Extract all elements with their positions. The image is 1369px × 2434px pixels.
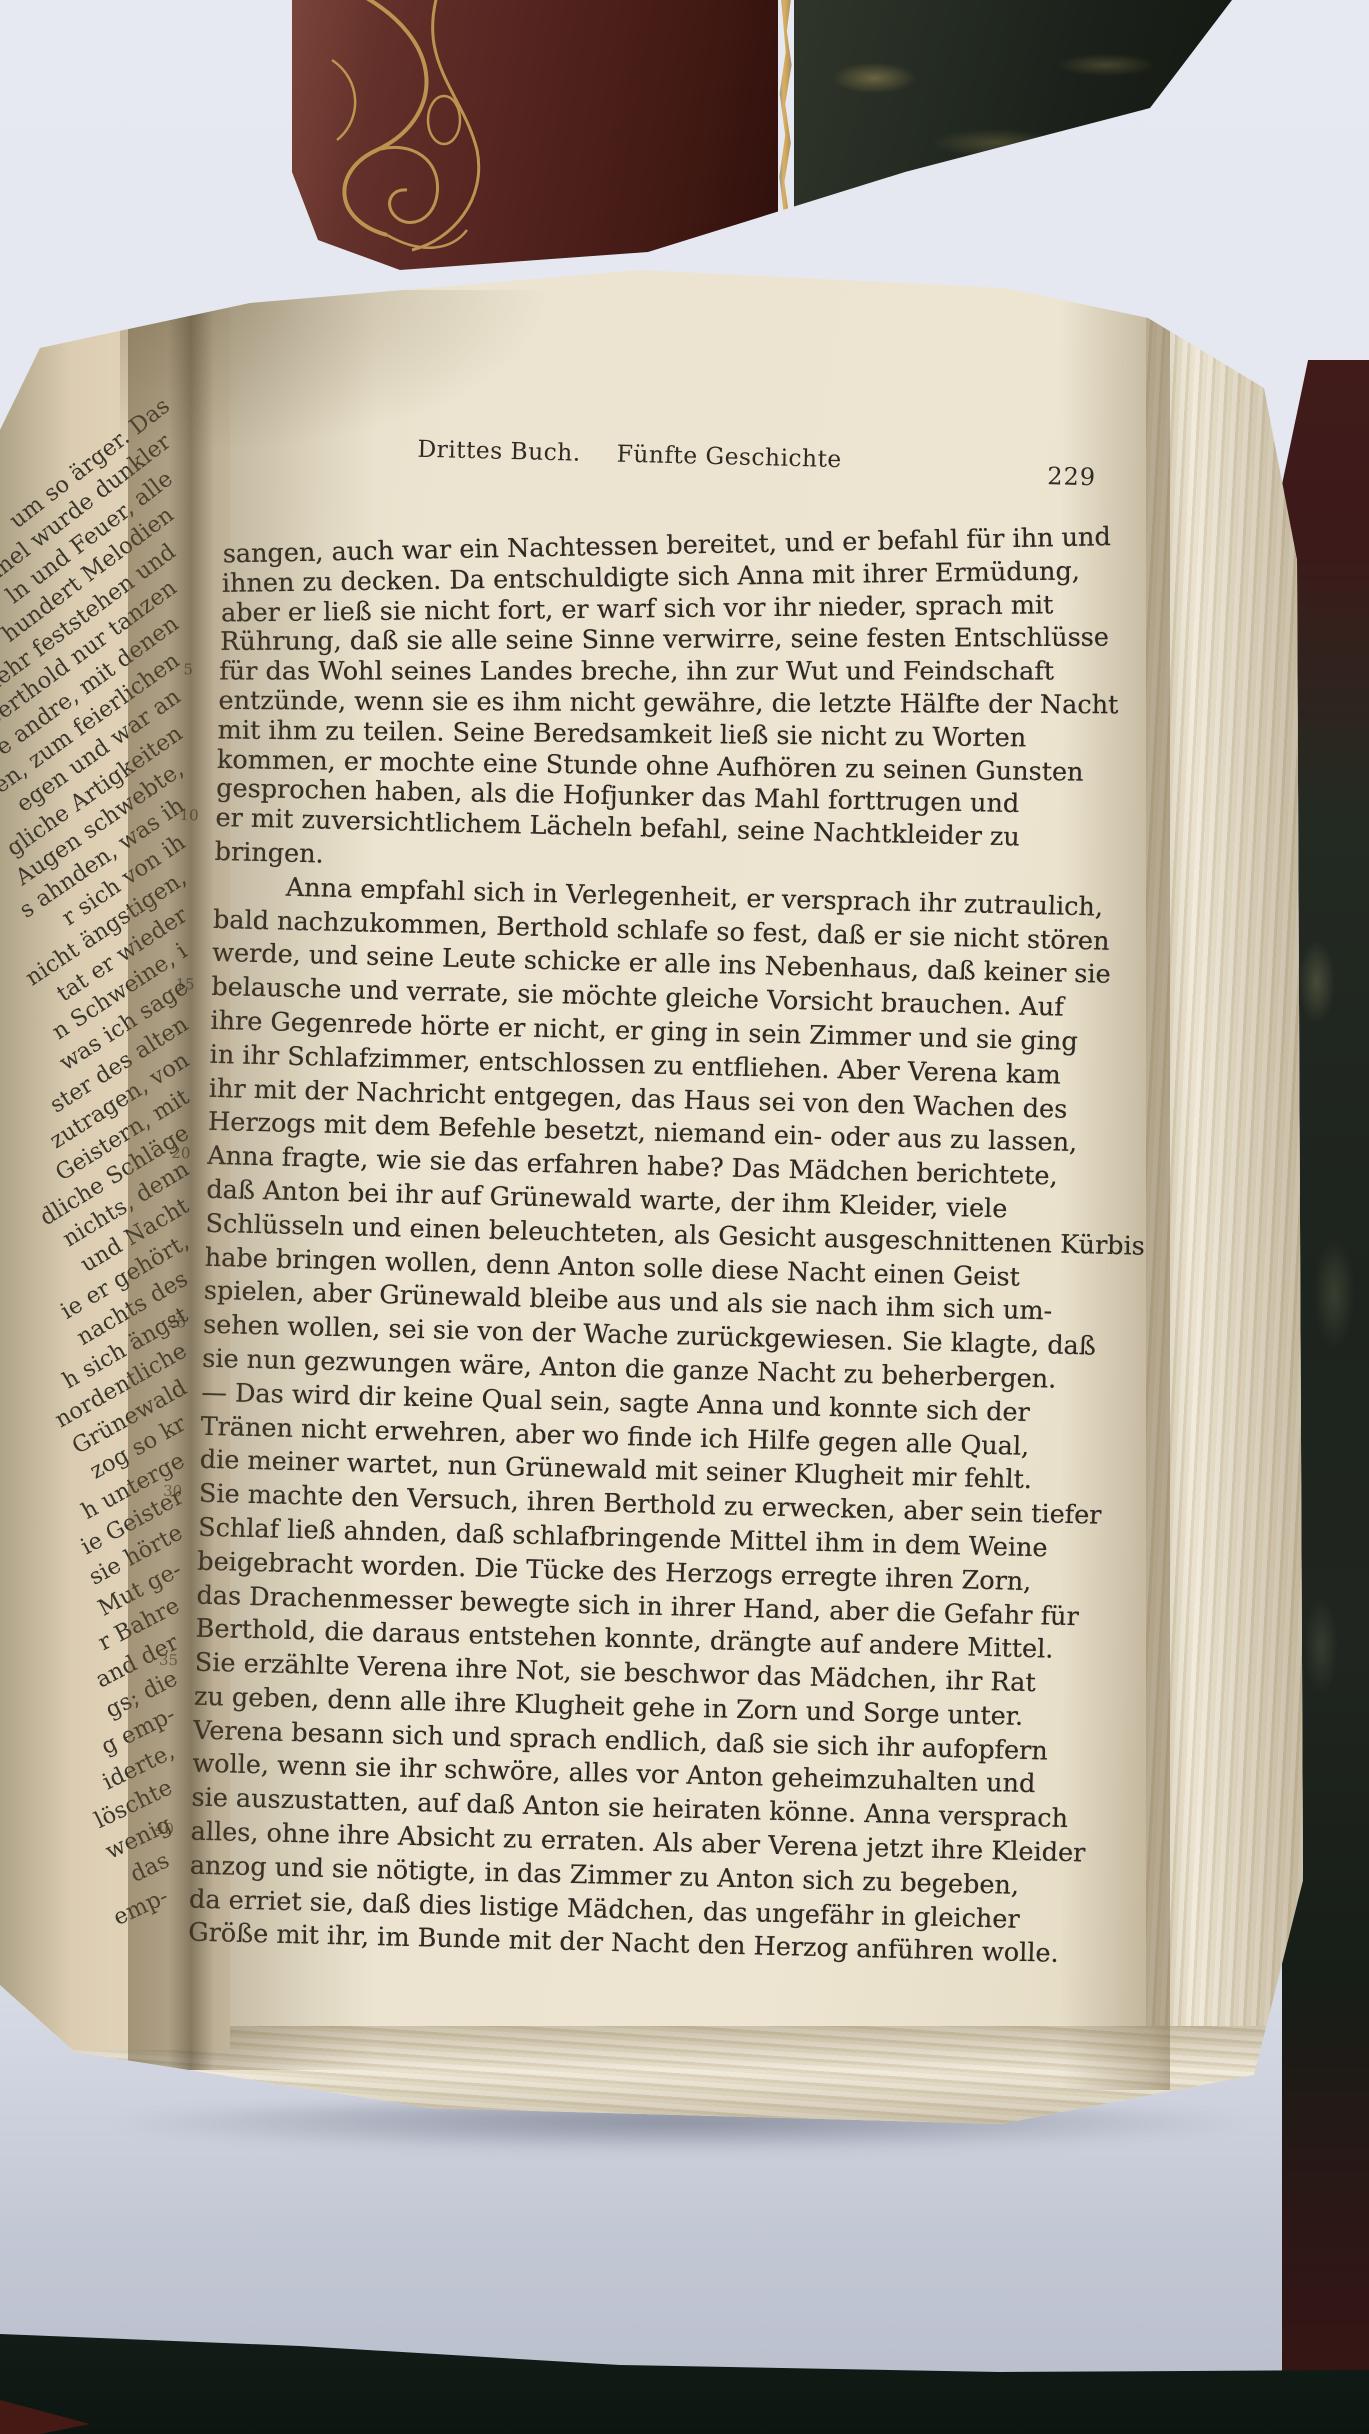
gold-fillet-line — [778, 0, 794, 260]
margin-line-number: 10 — [179, 808, 198, 823]
right-page: Drittes Buch. Fünfte Geschichte 229 sang… — [187, 430, 1145, 2012]
page-text: sangen, auch war ein Nachtessen bereitet… — [188, 498, 1143, 1973]
margin-line-number: 20 — [171, 1146, 190, 1161]
background-book — [0, 0, 1369, 300]
text-line-content: bringen. — [214, 836, 324, 872]
text-line-content: Rührung, daß sie alle seine Sinne verwir… — [220, 622, 1109, 660]
marbled-board — [794, 0, 1240, 260]
margin-line-number: 25 — [167, 1315, 186, 1330]
page-number: 229 — [1047, 462, 1096, 491]
margin-line-number: 30 — [163, 1484, 182, 1499]
header-story-title: Fünfte Geschichte — [616, 440, 842, 473]
margin-line-number: 15 — [175, 977, 194, 992]
front-cover-bottom — [0, 2200, 1369, 2434]
page-block: um so ärger. Dasmmel wurde dunklerln und… — [0, 0, 1369, 2434]
text-line: 5für das Wohl seines Landes breche, ihn … — [219, 656, 1139, 690]
running-header: Drittes Buch. Fünfte Geschichte 229 — [224, 430, 1145, 492]
margin-line-number: 35 — [159, 1653, 178, 1668]
header-book-title: Drittes Buch. — [417, 435, 581, 467]
text-line: Rührung, daß sie alle seine Sinne verwir… — [220, 622, 1140, 660]
text-line-content: für das Wohl seines Landes breche, ihn z… — [219, 656, 1054, 690]
margin-line-number: 5 — [183, 663, 193, 678]
photo-of-open-book: um so ärger. Dasmmel wurde dunklerln und… — [0, 0, 1369, 2434]
margin-line-number: 40 — [155, 1822, 174, 1837]
gold-tooling-ornament — [292, 0, 778, 300]
